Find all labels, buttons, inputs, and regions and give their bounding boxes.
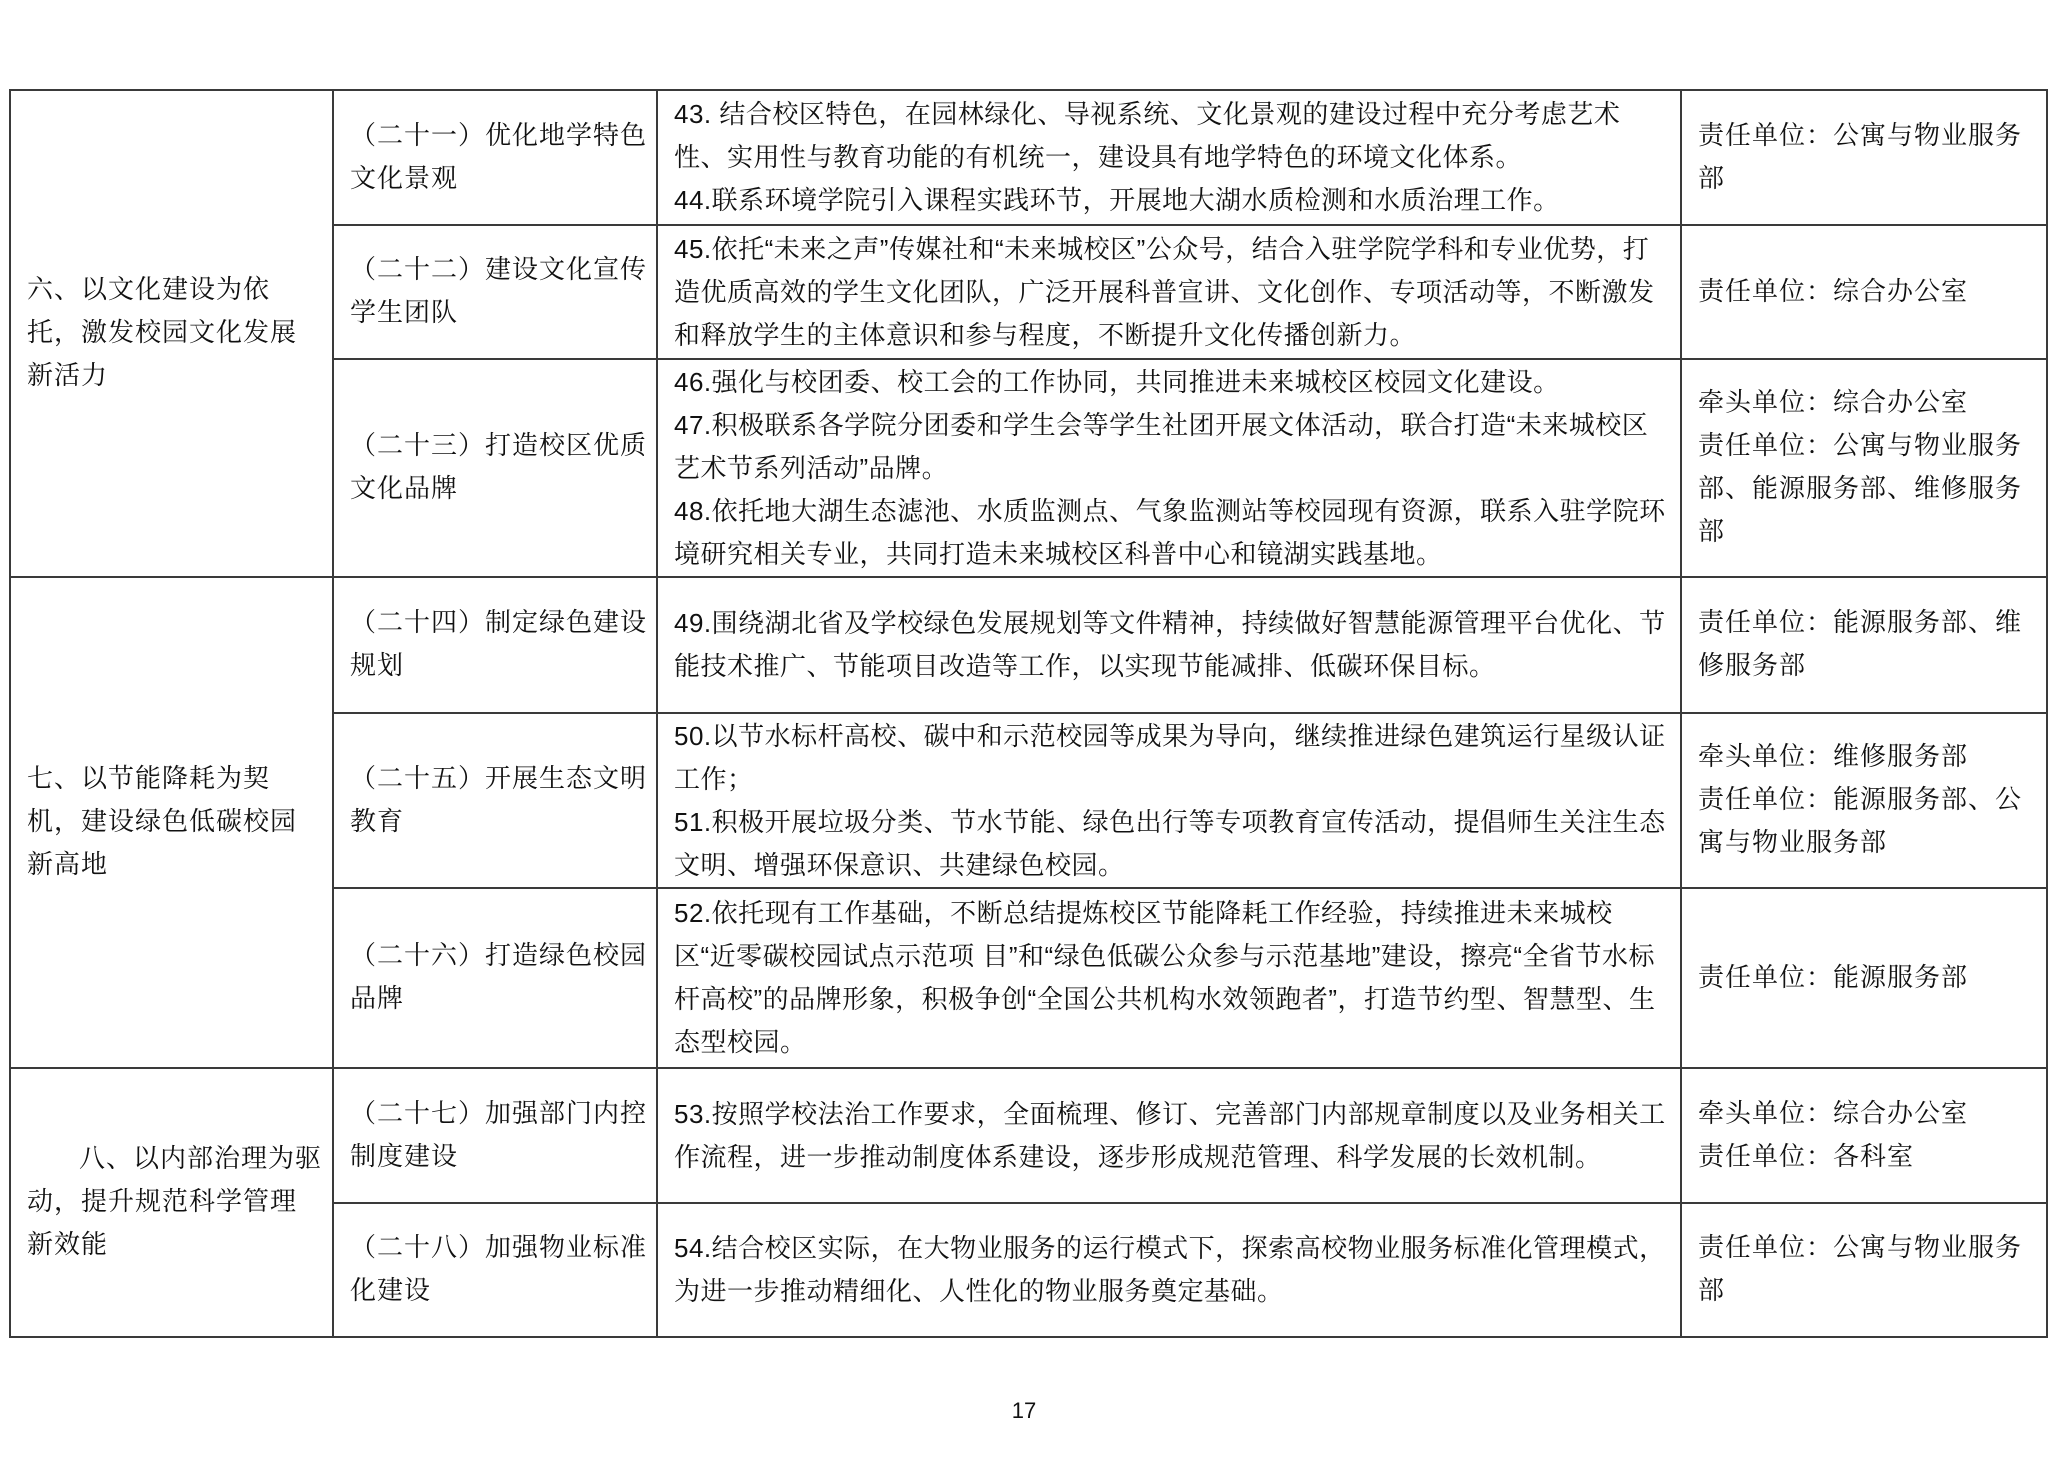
measure-cell: （二十六）打造绿色校园品牌 [333,888,657,1068]
measure-text: （二十一）优化地学特色文化景观 [350,121,647,194]
document-page: 六、以文化建设为依托，激发校园文化发展新活力 （二十一）优化地学特色文化景观 4… [0,0,2048,1468]
task-item: 45.依托“未来之声”传媒社和“未来城校区”公众号，结合入驻学院学科和专业优势，… [674,228,1672,357]
unit-line: 责任单位：公寓与物业服务部、能源服务部、维修服务部 [1698,425,2038,554]
responsible-units-cell: 牵头单位：维修服务部 责任单位：能源服务部、公寓与物业服务部 [1681,713,2047,888]
tasks-cell: 50.以节水标杆高校、碳中和示范校园等成果为导向，继续推进绿色建筑运行星级认证工… [657,713,1681,888]
tasks-cell: 43. 结合校区特色，在园林绿化、导视系统、文化景观的建设过程中充分考虑艺术性、… [657,90,1681,225]
tasks-cell: 54.结合校区实际，在大物业服务的运行模式下，探索高校物业服务标准化管理模式，为… [657,1203,1681,1337]
unit-line: 责任单位：公寓与物业服务部 [1698,115,2038,201]
unit-line: 牵头单位：综合办公室 [1698,382,2038,425]
goal-text: 七、以节能降耗为契机，建设绿色低碳校园新高地 [27,764,297,880]
table-row: 六、以文化建设为依托，激发校园文化发展新活力 （二十一）优化地学特色文化景观 4… [10,90,2047,225]
task-item: 44.联系环境学院引入课程实践环节，开展地大湖水质检测和水质治理工作。 [674,179,1672,222]
task-item: 48.依托地大湖生态滤池、水质监测点、气象监测站等校园现有资源，联系入驻学院环境… [674,490,1672,576]
task-item: 53.按照学校法治工作要求，全面梳理、修订、完善部门内部规章制度以及业务相关工作… [674,1093,1672,1179]
work-plan-table: 六、以文化建设为依托，激发校园文化发展新活力 （二十一）优化地学特色文化景观 4… [9,89,2048,1338]
measure-text: （二十八）加强物业标准化建设 [350,1233,647,1306]
measure-text: （二十六）打造绿色校园品牌 [350,941,647,1014]
measure-text: （二十二）建设文化宣传学生团队 [350,255,647,328]
task-item: 47.积极联系各学院分团委和学生会等学生社团开展文体活动，联合打造“未来城校区艺… [674,404,1672,490]
responsible-units-cell: 牵头单位：综合办公室 责任单位：各科室 [1681,1068,2047,1203]
unit-line: 责任单位：各科室 [1698,1136,2038,1179]
responsible-units-cell: 责任单位：公寓与物业服务部 [1681,1203,2047,1337]
measure-cell: （二十三）打造校区优质文化品牌 [333,359,657,577]
task-item: 52.依托现有工作基础，不断总结提炼校区节能降耗工作经验，持续推进未来城校区“近… [674,892,1672,1064]
tasks-cell: 53.按照学校法治工作要求，全面梳理、修订、完善部门内部规章制度以及业务相关工作… [657,1068,1681,1203]
goal-cell: 六、以文化建设为依托，激发校园文化发展新活力 [10,90,333,577]
unit-line: 责任单位：能源服务部、公寓与物业服务部 [1698,779,2038,865]
measure-text: （二十五）开展生态文明教育 [350,764,647,837]
measure-text: （二十七）加强部门内控制度建设 [350,1099,647,1172]
responsible-units-cell: 责任单位：综合办公室 [1681,225,2047,359]
measure-cell: （二十四）制定绿色建设规划 [333,577,657,713]
unit-line: 责任单位：综合办公室 [1698,271,2038,314]
unit-line: 牵头单位：综合办公室 [1698,1093,2038,1136]
table-row: 七、以节能降耗为契机，建设绿色低碳校园新高地 （二十四）制定绿色建设规划 49.… [10,577,2047,713]
responsible-units-cell: 责任单位：能源服务部 [1681,888,2047,1068]
measure-cell: （二十一）优化地学特色文化景观 [333,90,657,225]
measure-cell: （二十八）加强物业标准化建设 [333,1203,657,1337]
task-item: 46.强化与校团委、校工会的工作协同，共同推进未来城校区校园文化建设。 [674,361,1672,404]
measure-cell: （二十二）建设文化宣传学生团队 [333,225,657,359]
table-row: 八、以内部治理为驱动，提升规范科学管理新效能 （二十七）加强部门内控制度建设 5… [10,1068,2047,1203]
unit-line: 责任单位：能源服务部、维修服务部 [1698,602,2038,688]
tasks-cell: 45.依托“未来之声”传媒社和“未来城校区”公众号，结合入驻学院学科和专业优势，… [657,225,1681,359]
task-item: 50.以节水标杆高校、碳中和示范校园等成果为导向，继续推进绿色建筑运行星级认证工… [674,715,1672,801]
measure-cell: （二十五）开展生态文明教育 [333,713,657,888]
measure-text: （二十四）制定绿色建设规划 [350,608,647,681]
responsible-units-cell: 牵头单位：综合办公室 责任单位：公寓与物业服务部、能源服务部、维修服务部 [1681,359,2047,577]
task-item: 49.围绕湖北省及学校绿色发展规划等文件精神，持续做好智慧能源管理平台优化、节能… [674,602,1672,688]
tasks-cell: 49.围绕湖北省及学校绿色发展规划等文件精神，持续做好智慧能源管理平台优化、节能… [657,577,1681,713]
unit-line: 责任单位：公寓与物业服务部 [1698,1227,2038,1313]
task-item: 51.积极开展垃圾分类、节水节能、绿色出行等专项教育宣传活动，提倡师生关注生态文… [674,801,1672,887]
measure-cell: （二十七）加强部门内控制度建设 [333,1068,657,1203]
goal-cell: 七、以节能降耗为契机，建设绿色低碳校园新高地 [10,577,333,1068]
measure-text: （二十三）打造校区优质文化品牌 [350,431,647,504]
unit-line: 责任单位：能源服务部 [1698,957,2038,1000]
tasks-cell: 46.强化与校团委、校工会的工作协同，共同推进未来城校区校园文化建设。 47.积… [657,359,1681,577]
task-item: 43. 结合校区特色，在园林绿化、导视系统、文化景观的建设过程中充分考虑艺术性、… [674,93,1672,179]
page-number: 17 [0,1398,2048,1424]
unit-line: 牵头单位：维修服务部 [1698,736,2038,779]
responsible-units-cell: 责任单位：能源服务部、维修服务部 [1681,577,2047,713]
tasks-cell: 52.依托现有工作基础，不断总结提炼校区节能降耗工作经验，持续推进未来城校区“近… [657,888,1681,1068]
task-item: 54.结合校区实际，在大物业服务的运行模式下，探索高校物业服务标准化管理模式，为… [674,1227,1672,1313]
goal-text: 六、以文化建设为依托，激发校园文化发展新活力 [27,275,297,391]
goal-text: 八、以内部治理为驱动，提升规范科学管理新效能 [27,1138,322,1267]
responsible-units-cell: 责任单位：公寓与物业服务部 [1681,90,2047,225]
goal-cell: 八、以内部治理为驱动，提升规范科学管理新效能 [10,1068,333,1337]
